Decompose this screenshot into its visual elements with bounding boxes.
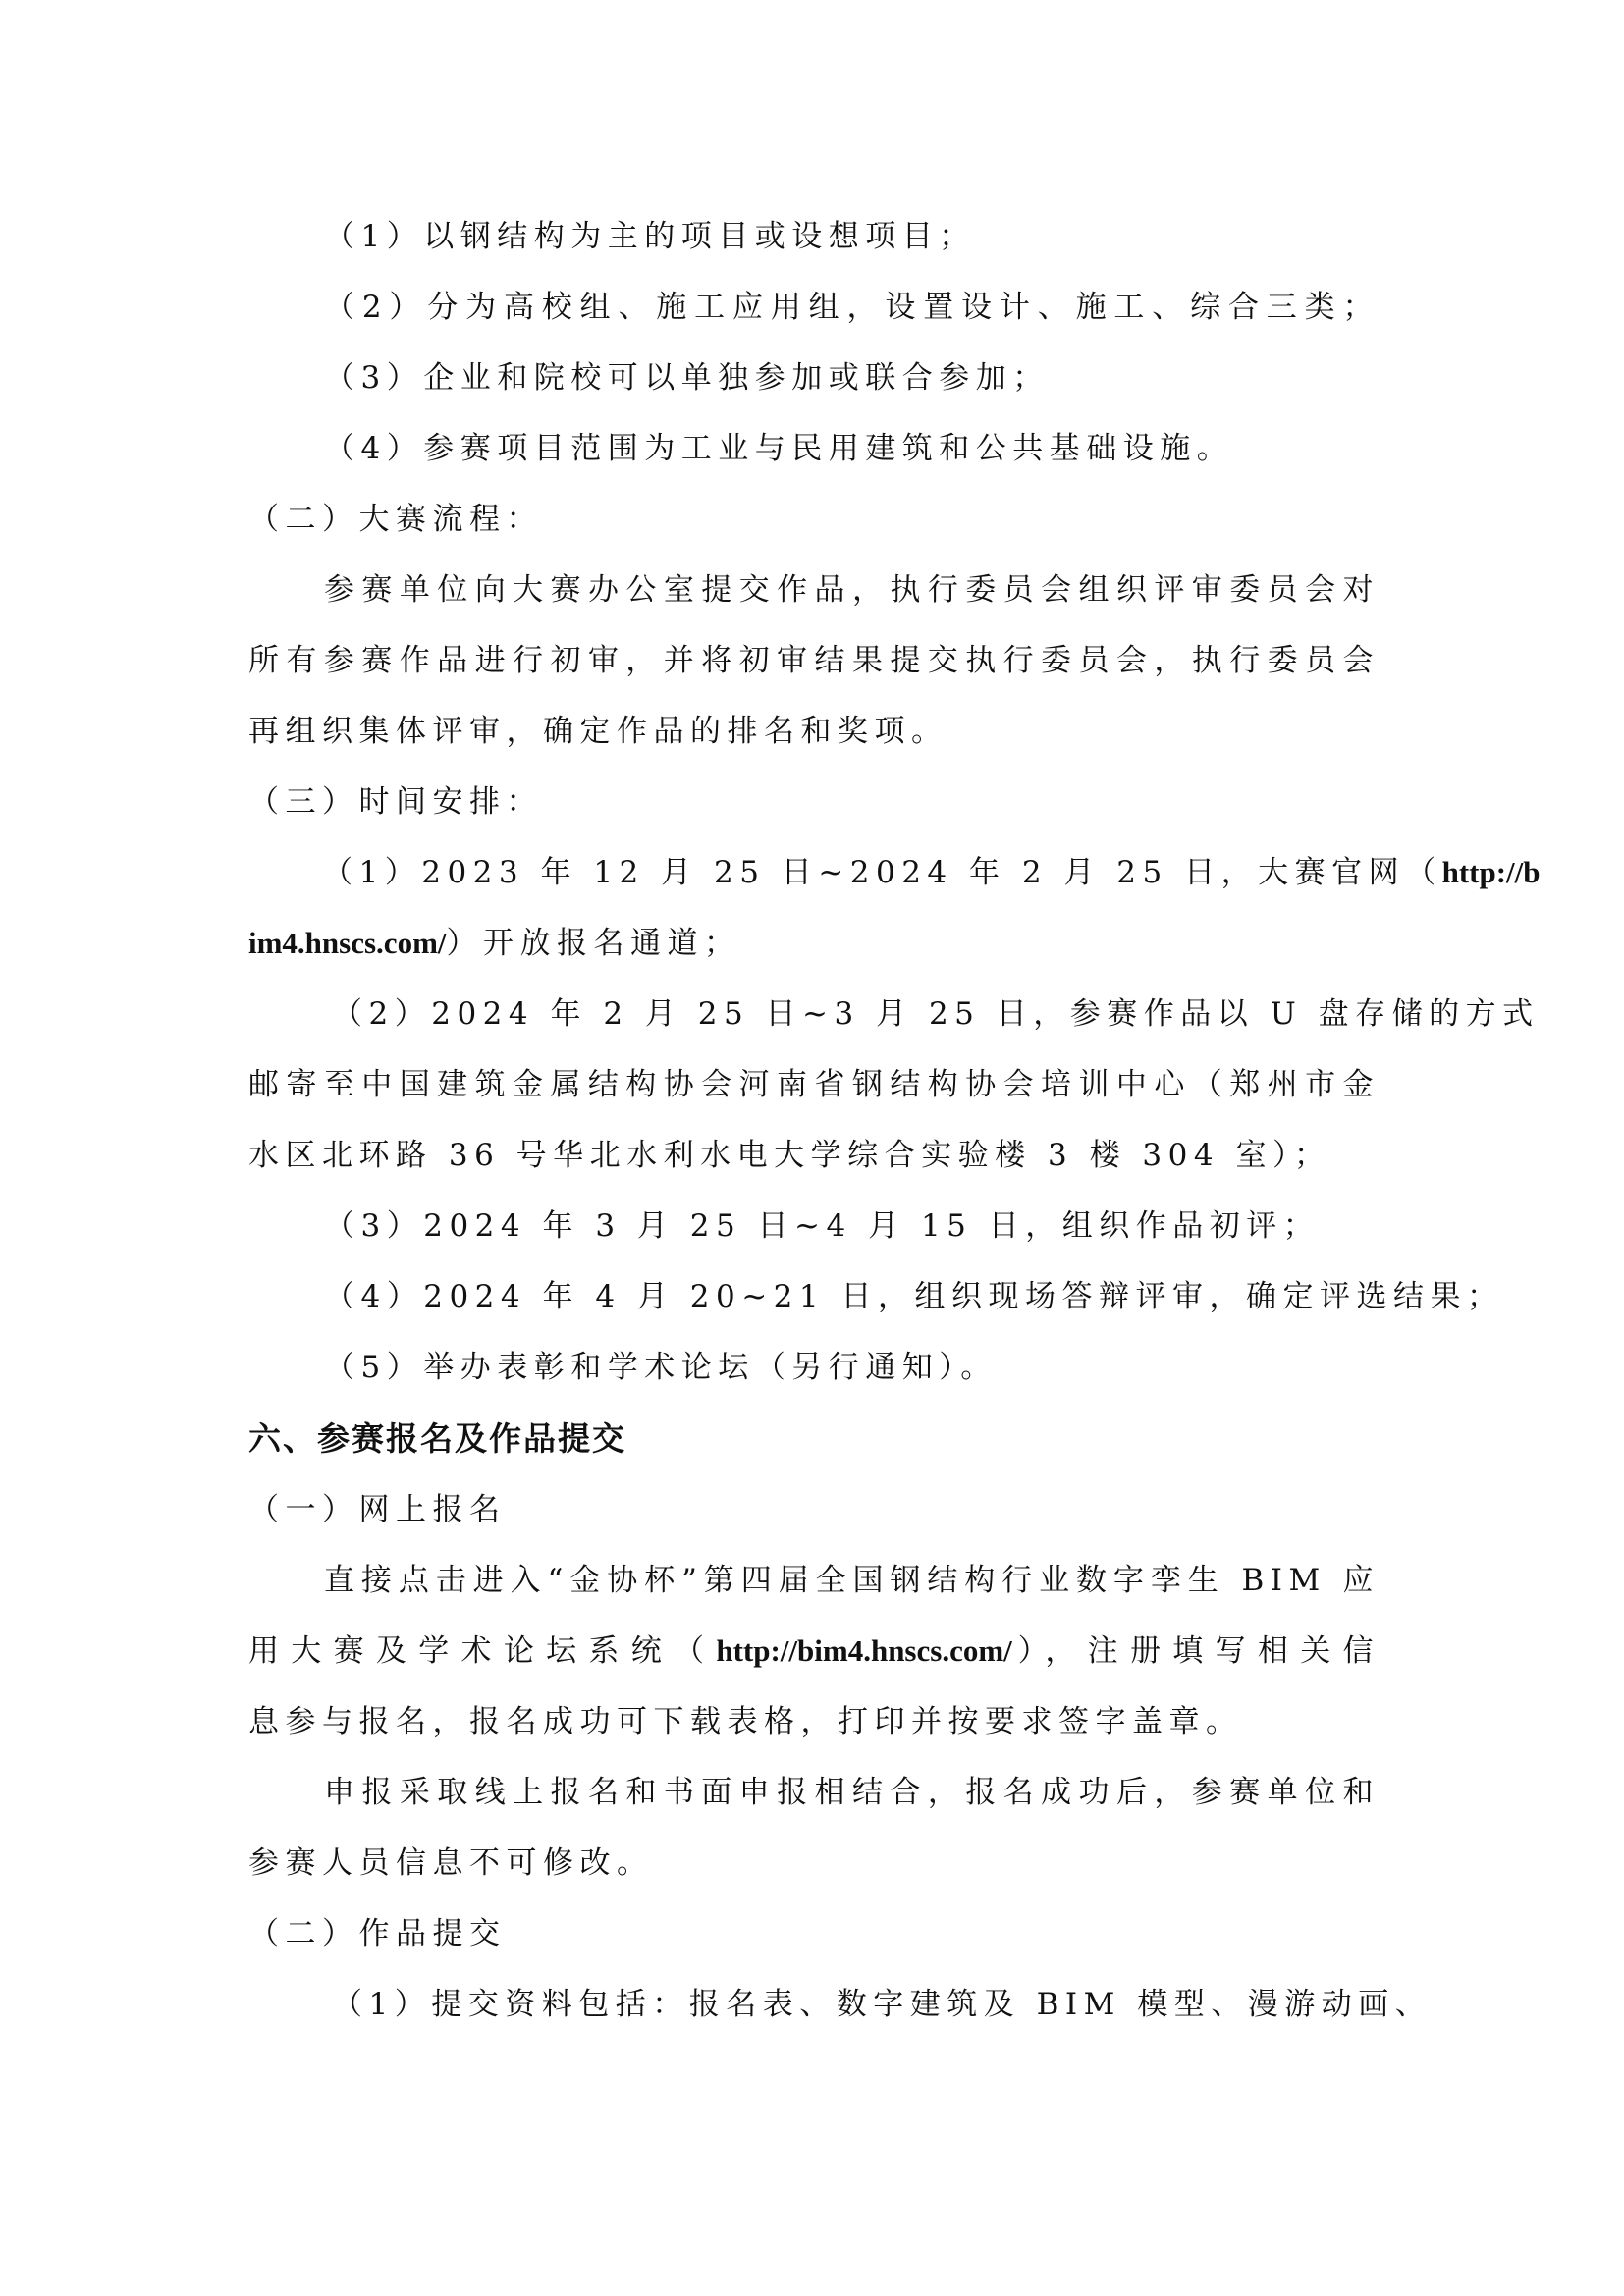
section-heading-competition-process: （二）大赛流程： bbox=[248, 484, 1380, 555]
schedule-item-1: （1）2023 年 12 月 25 日~2024 年 2 月 25 日，大赛官网… bbox=[248, 837, 1380, 908]
list-item-participation: （3）企业和院校可以单独参加或联合参加； bbox=[248, 343, 1380, 413]
document-page: （1）以钢结构为主的项目或设想项目； （2）分为高校组、施工应用组，设置设计、施… bbox=[0, 0, 1624, 2296]
official-site-link[interactable]: http://b bbox=[1442, 855, 1541, 889]
official-site-link-cont[interactable]: im4.hnscs.com/ bbox=[248, 926, 447, 960]
list-item-project-type: （1）以钢结构为主的项目或设想项目； bbox=[248, 201, 1380, 272]
paragraph-line: 参赛人员信息不可修改。 bbox=[248, 1828, 1380, 1898]
section-heading-registration: 六、参赛报名及作品提交 bbox=[248, 1404, 1380, 1474]
list-item-scope: （4）参赛项目范围为工业与民用建筑和公共基础设施。 bbox=[248, 413, 1380, 484]
schedule-item-3: （3）2024 年 3 月 25 日~4 月 15 日，组织作品初评； bbox=[248, 1191, 1380, 1261]
subsection-heading-submission: （二）作品提交 bbox=[248, 1898, 1380, 1969]
paragraph-line: 息参与报名，报名成功可下载表格，打印并按要求签字盖章。 bbox=[248, 1686, 1380, 1757]
paragraph-text: 用大赛及学术论坛系统（ bbox=[248, 1633, 716, 1669]
paragraph-line: 直接点击进入“金协杯”第四届全国钢结构行业数字孪生 BIM 应 bbox=[248, 1545, 1380, 1616]
submission-item-1: （1）提交资料包括：报名表、数字建筑及 BIM 模型、漫游动画、 bbox=[248, 1969, 1380, 2040]
paragraph-line: 参赛单位向大赛办公室提交作品，执行委员会组织评审委员会对 bbox=[248, 555, 1380, 625]
paragraph-line: 邮寄至中国建筑金属结构协会河南省钢结构协会培训中心（郑州市金 bbox=[248, 1049, 1380, 1120]
paragraph-line: 再组织集体评审，确定作品的排名和奖项。 bbox=[248, 696, 1380, 767]
schedule-item-2: （2）2024 年 2 月 25 日~3 月 25 日，参赛作品以 U 盘存储的… bbox=[248, 979, 1380, 1049]
schedule-item-5: （5）举办表彰和学术论坛（另行通知）。 bbox=[248, 1332, 1380, 1403]
schedule-item-1-text-cont: ）开放报名通道； bbox=[447, 926, 741, 961]
subsection-heading-online-registration: （一）网上报名 bbox=[248, 1474, 1380, 1545]
paragraph-line: 申报采取线上报名和书面申报相结合，报名成功后，参赛单位和 bbox=[248, 1757, 1380, 1828]
paragraph-line: 水区北环路 36 号华北水利水电大学综合实验楼 3 楼 304 室）； bbox=[248, 1120, 1380, 1191]
schedule-item-1-text: （1）2023 年 12 月 25 日~2024 年 2 月 25 日，大赛官网… bbox=[322, 855, 1442, 890]
paragraph-text: ），注册填写相关信 bbox=[1012, 1633, 1380, 1669]
schedule-item-4: （4）2024 年 4 月 20~21 日，组织现场答辩评审，确定评选结果； bbox=[248, 1261, 1380, 1332]
list-item-groups: （2）分为高校组、施工应用组，设置设计、施工、综合三类； bbox=[248, 272, 1380, 343]
paragraph-line: 所有参赛作品进行初审，并将初审结果提交执行委员会，执行委员会 bbox=[248, 625, 1380, 696]
registration-system-link[interactable]: http://bim4.hnscs.com/ bbox=[716, 1633, 1011, 1668]
section-heading-schedule: （三）时间安排： bbox=[248, 767, 1380, 837]
schedule-item-1-cont: im4.hnscs.com/）开放报名通道； bbox=[248, 908, 1380, 979]
paragraph-line: 用大赛及学术论坛系统（http://bim4.hnscs.com/），注册填写相… bbox=[248, 1616, 1380, 1686]
